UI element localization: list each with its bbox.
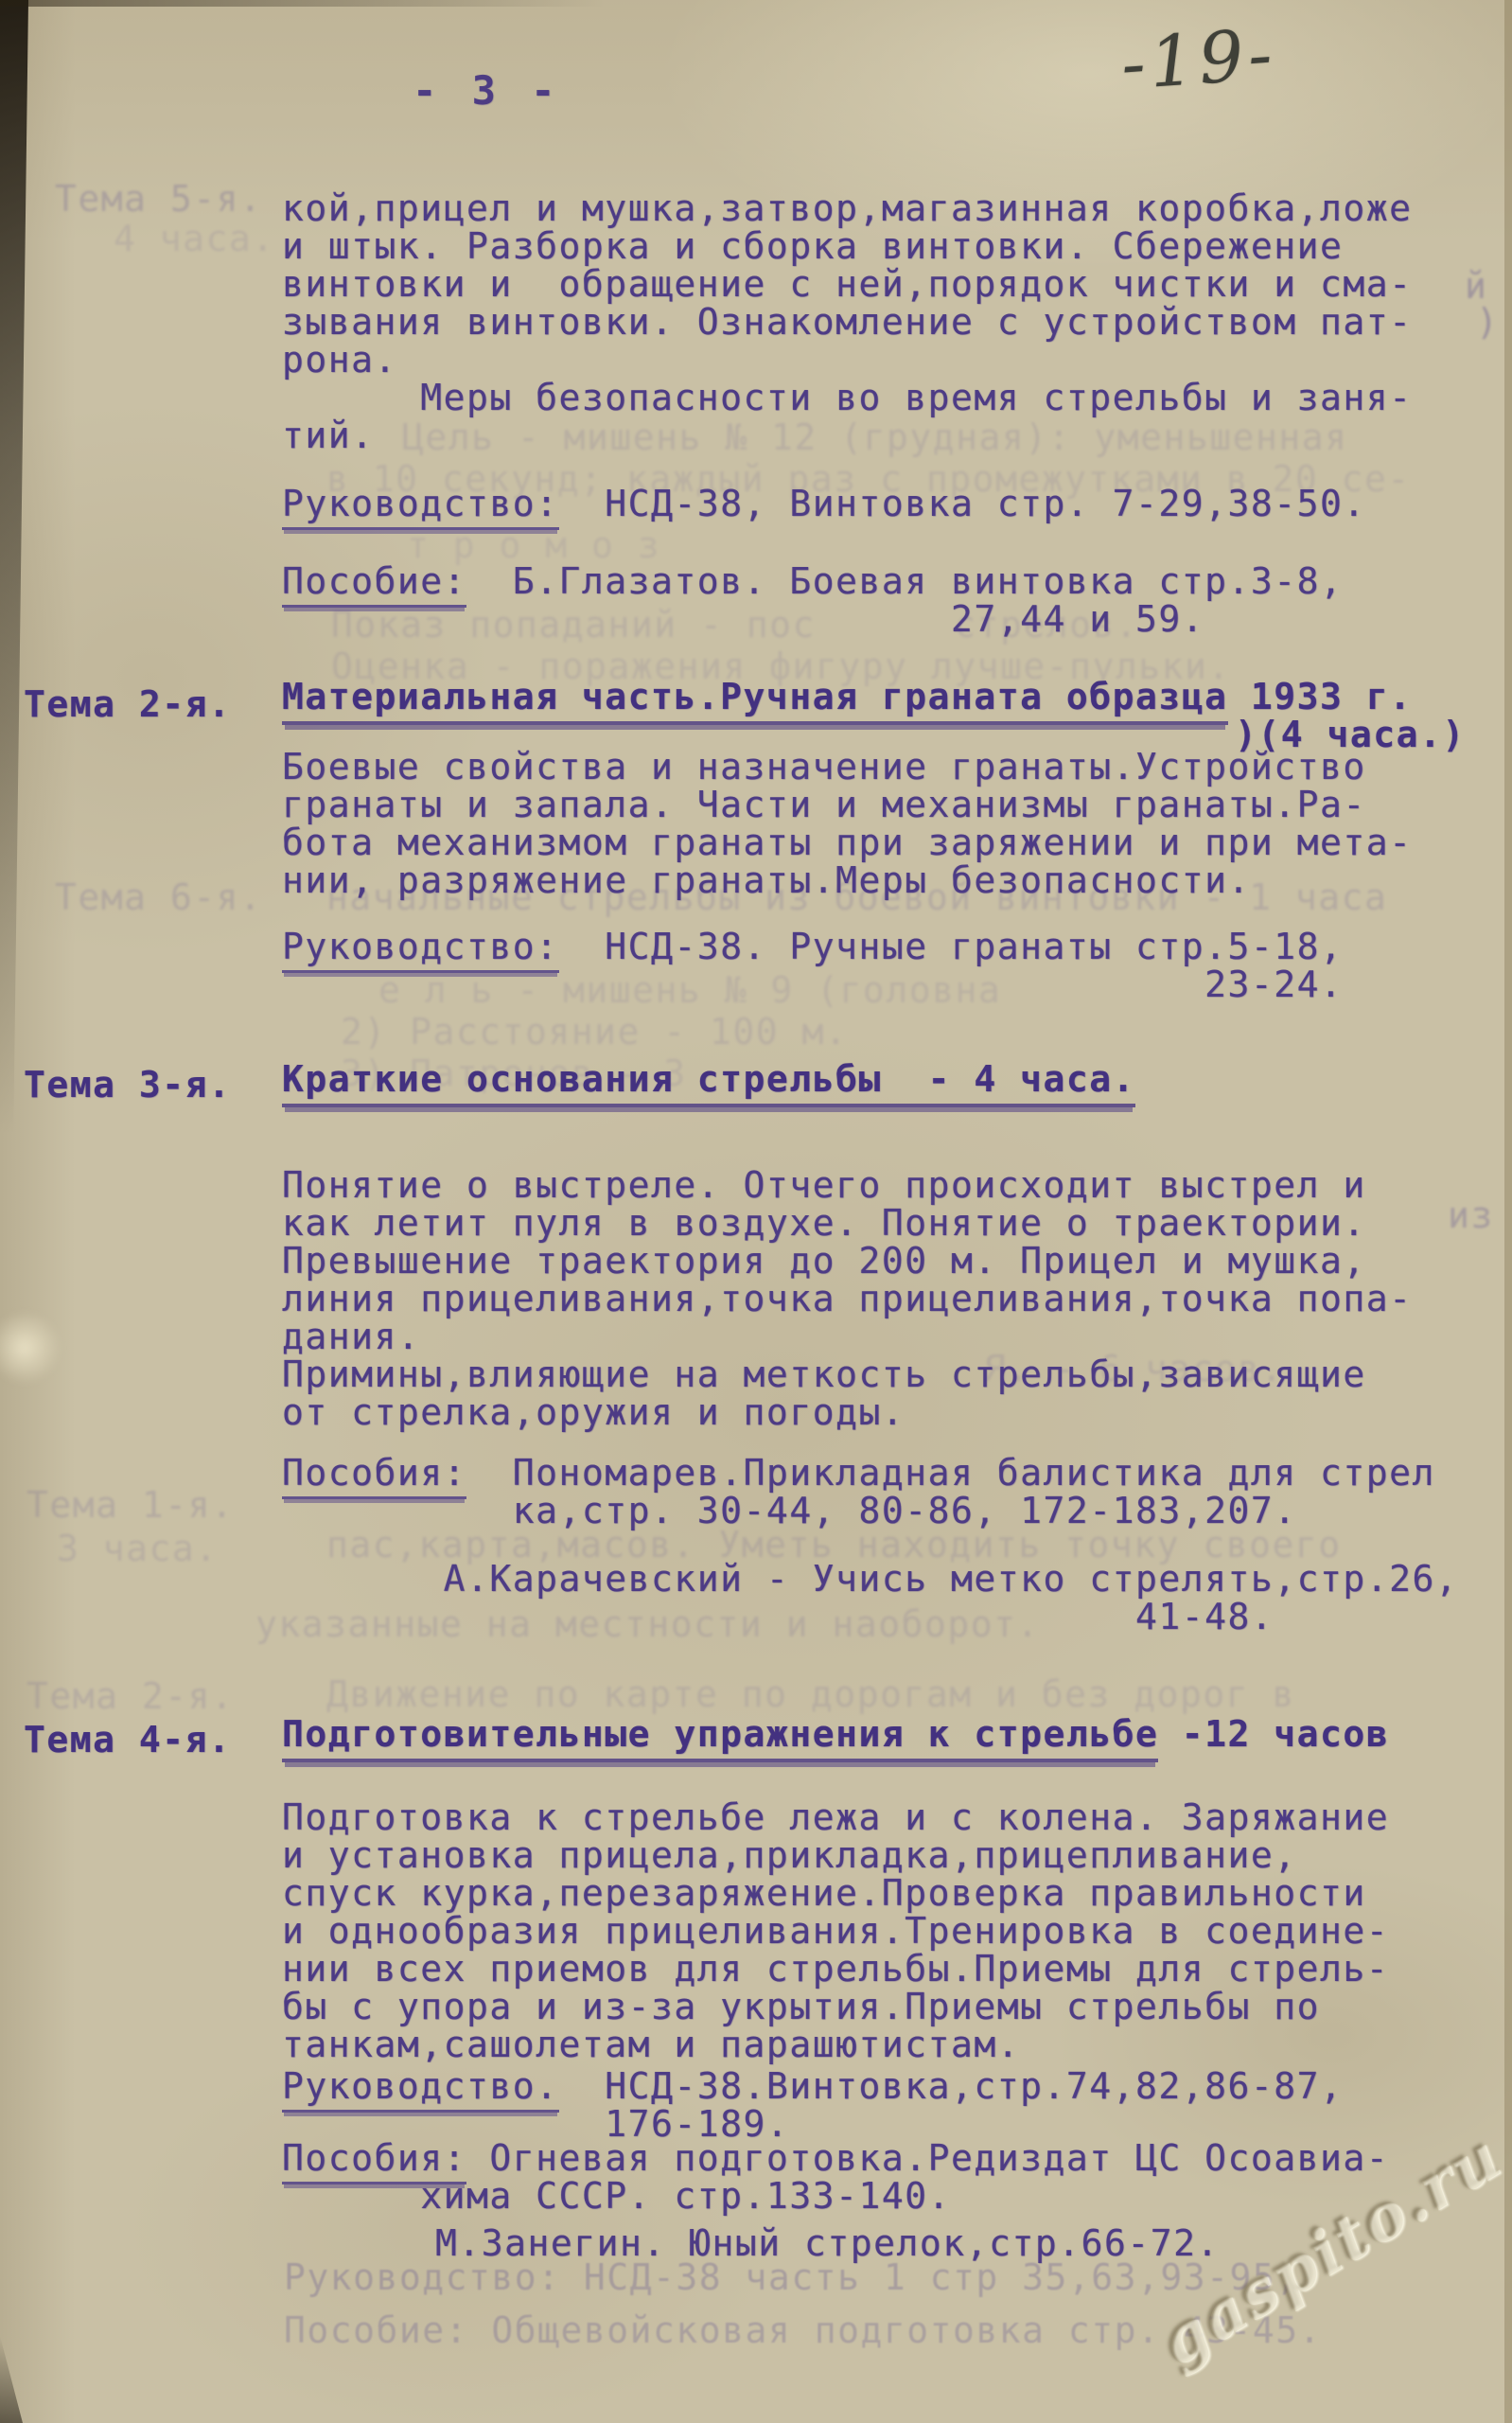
theme-3-title-underlined: Краткие основания стрельбы - 4 часа. [282, 1058, 1135, 1107]
typed-page-number: - 3 - [413, 70, 560, 112]
bleedthrough-text: Тема 5-я. [55, 180, 262, 218]
theme-2-guide-reference: Руководство: НСД-38. Ручные гранаты стр.… [282, 928, 1343, 1003]
reference-label: Руководство: [282, 483, 559, 530]
theme-4-title-rest: -12 часов [1158, 1713, 1389, 1755]
manual-reference: Пособие: Б.Глазатов. Боевая винтовка стр… [282, 562, 1343, 638]
scan-dark-edge-bottom [0, 2336, 23, 2423]
paper-stain [0, 1312, 62, 1384]
scan-edge-right [1504, 0, 1512, 2423]
theme-2-title: Материальная часть.Ручная граната образц… [282, 678, 1413, 716]
bleedthrough-text: т р о м о з [407, 526, 660, 564]
scan-dark-edge-left [0, 0, 28, 1183]
bleedthrough-text: Тема 1-я. [26, 1486, 234, 1524]
bleedthrough-text: Движение по карте по дорогам и без дорог… [326, 1675, 1295, 1713]
scan-dark-edge-top [0, 0, 606, 7]
theme-3-manuals-reference: Пособия: Пономарев.Прикладная балистика … [282, 1454, 1435, 1530]
edge-text-fragment: ) [1476, 303, 1499, 341]
theme-2-title-rest: 1933 г. [1228, 676, 1413, 717]
intro-paragraph: кой,прицел и мушка,затвор,магазинная кор… [282, 189, 1413, 454]
theme-4-title: Подготовительные упражнения к стрельбе -… [282, 1715, 1389, 1753]
theme-4-label: Тема 4-я. [24, 1721, 231, 1759]
edge-text-fragment: из [1448, 1196, 1494, 1234]
bleedthrough-text: Тема 2-я. [26, 1677, 234, 1715]
theme-2-label: Тема 2-я. [24, 685, 231, 723]
bleedthrough-text: 2) Расстояние - 100 м. [341, 1013, 848, 1051]
theme-4-guide-reference: Руководство. НСД-38.Винтовка,стр.74,82,8… [282, 2067, 1343, 2143]
guide-reference: Руководство: НСД-38, Винтовка стр. 7-29,… [282, 485, 1366, 522]
theme-3-body: Понятие о выстреле. Отчего происходит вы… [282, 1166, 1413, 1431]
theme-3-extra-reference: А.Карачевский - Учись метко стрелять,стр… [282, 1560, 1458, 1636]
bleedthrough-text: 4 часа. [114, 220, 275, 257]
handwritten-page-number: -19- [1119, 19, 1279, 99]
theme-2-title-underlined: Материальная часть.Ручная граната образц… [282, 676, 1228, 725]
theme-4-zanegin-reference: М.Занегин. Юный стрелок,стр.66-72. [435, 2224, 1220, 2262]
theme-2-body: Боевые свойства и назначение гранаты.Уст… [282, 748, 1413, 899]
bleedthrough-text: Тема 6-я. [55, 878, 262, 916]
theme-3-title: Краткие основания стрельбы - 4 часа. [282, 1060, 1135, 1098]
theme-4-body: Подготовка к стрельбе лежа и с колена. З… [282, 1798, 1389, 2063]
bleedthrough-text: 3 часа. [57, 1530, 219, 1567]
theme-3-label: Тема 3-я. [24, 1066, 231, 1104]
edge-text-fragment: й [1465, 267, 1487, 305]
theme-4-manuals-reference: Пособия: Огневая подготовка.Редиздат ЦС … [282, 2139, 1389, 2215]
bleedthrough-text: Руководство: НСД-38 часть 1 стр 35,63,93… [284, 2258, 1299, 2296]
reference-text: НСД-38, Винтовка стр. 7-29,38-50. [559, 483, 1366, 524]
theme-4-title-underlined: Подготовительные упражнения к стрельбе [282, 1713, 1158, 1762]
scanned-document-page: Тема 5-я. 4 часа. Цель - мишень № 12 (гр… [0, 0, 1512, 2423]
